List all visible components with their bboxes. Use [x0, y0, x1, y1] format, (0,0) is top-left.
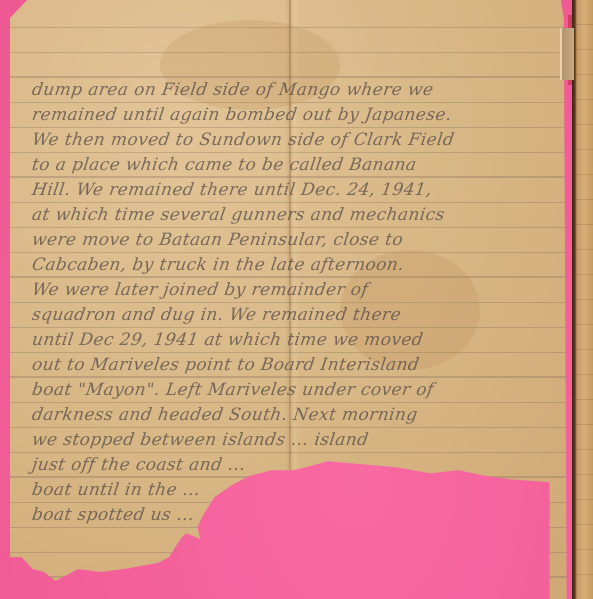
text-line: squadron and dug in. We remained there — [30, 303, 564, 328]
text-line: at which time several gunners and mechan… — [30, 203, 564, 228]
text-line: We were later joined by remainder of — [30, 278, 564, 303]
text-line: Hill. We remained there until Dec. 24, 1… — [30, 178, 564, 203]
text-line: were move to Bataan Peninsular, close to — [30, 228, 564, 253]
text-line: Cabcaben, by truck in the late afternoon… — [30, 253, 564, 278]
text-line: darkness and headed South. Next morning — [30, 403, 564, 428]
handwritten-text: dump area on Field side of Mango where w… — [32, 78, 562, 528]
torn-paper-fragment — [560, 28, 574, 80]
text-line: remained until again bombed out by Japan… — [30, 103, 564, 128]
text-line: boat "Mayon". Left Mariveles under cover… — [30, 378, 564, 403]
adjacent-page-edge — [572, 0, 593, 599]
text-line: We then moved to Sundown side of Clark F… — [30, 128, 564, 153]
text-line: until Dec 29, 1941 at which time we move… — [30, 328, 564, 353]
text-line: to a place which came to be called Banan… — [30, 153, 564, 178]
text-line: dump area on Field side of Mango where w… — [30, 78, 564, 103]
text-line: out to Mariveles point to Board Interisl… — [30, 353, 564, 378]
text-line: we stopped between islands ... island — [30, 428, 564, 453]
